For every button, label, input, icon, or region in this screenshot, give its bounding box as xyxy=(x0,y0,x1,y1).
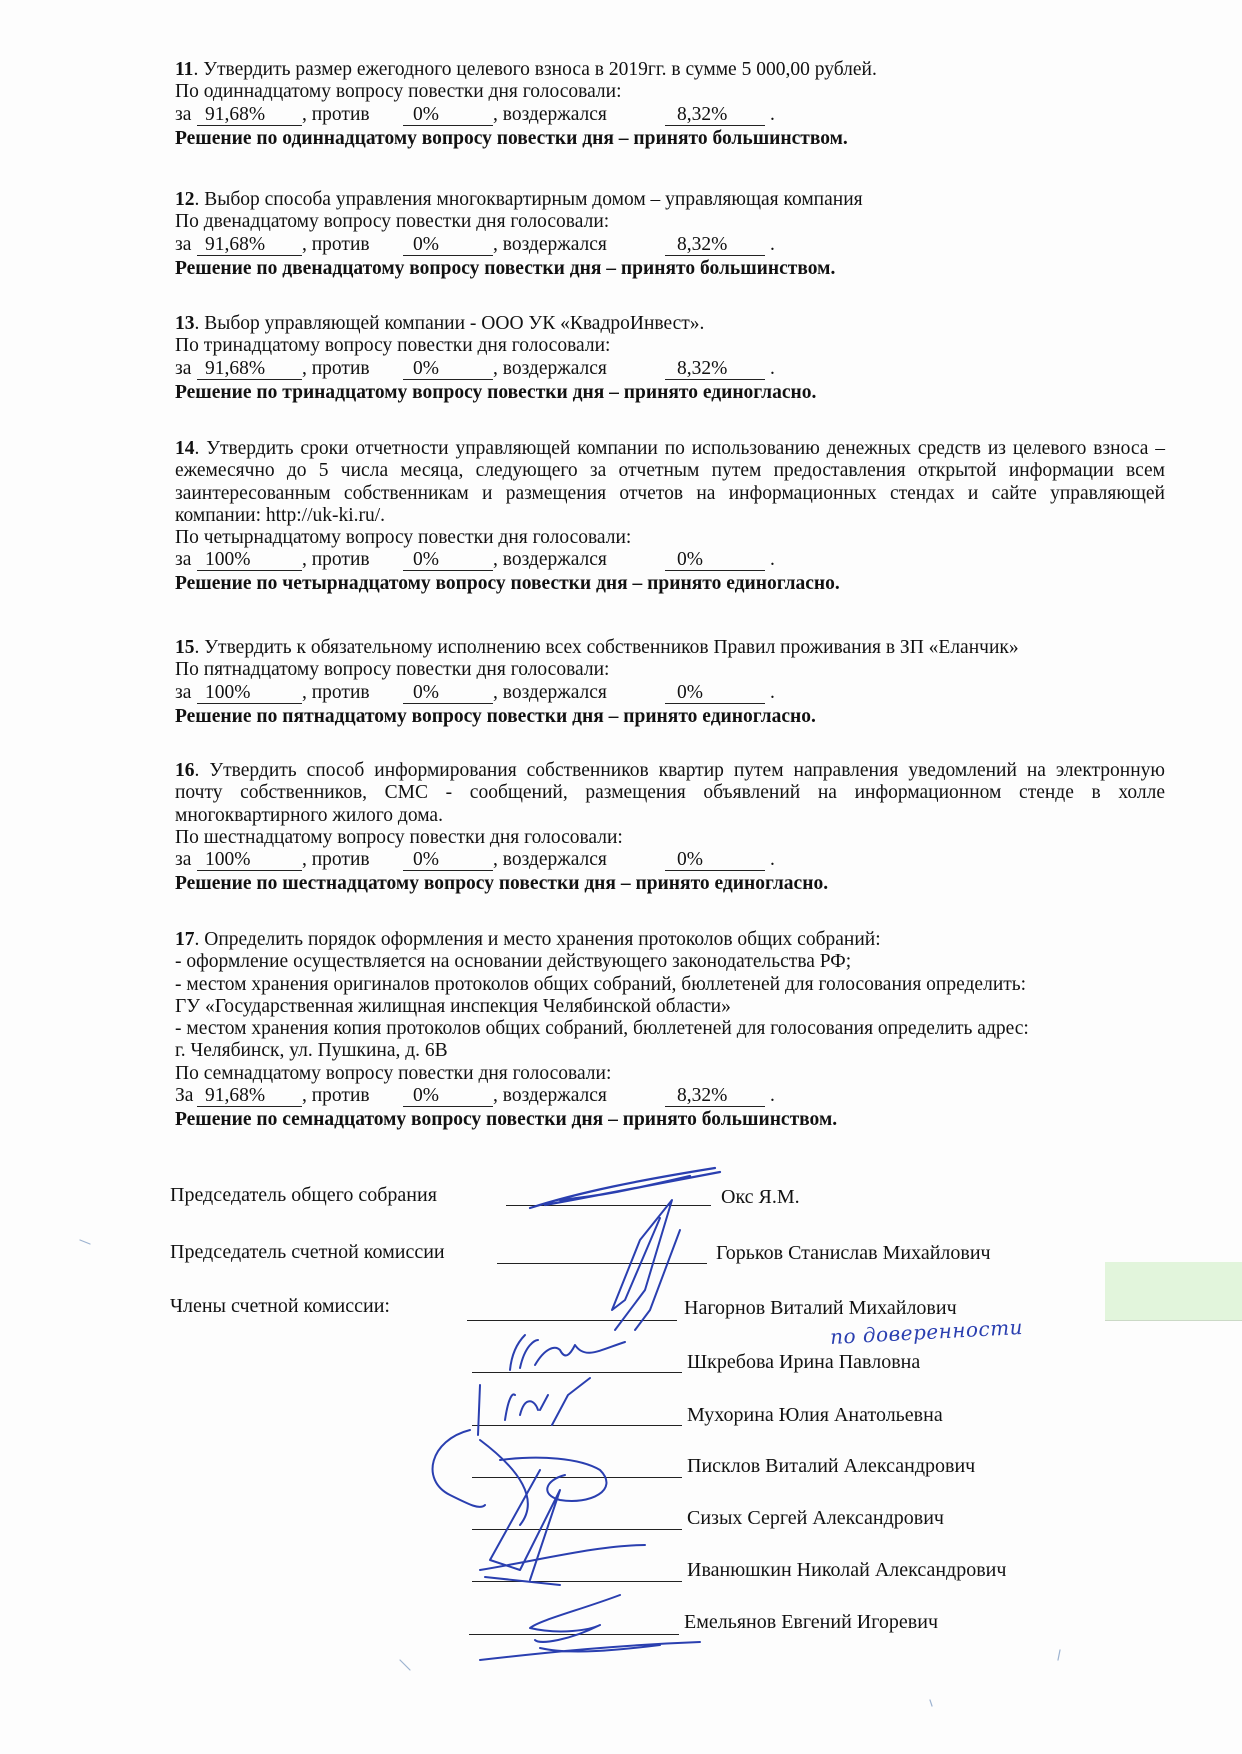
handwritten-signatures xyxy=(0,0,1242,1754)
signature-block: Председатель общего собрания Окс Я.М. Пр… xyxy=(0,0,1242,1754)
document-page: 11. Утвердить размер ежегодного целевого… xyxy=(0,0,1242,1754)
